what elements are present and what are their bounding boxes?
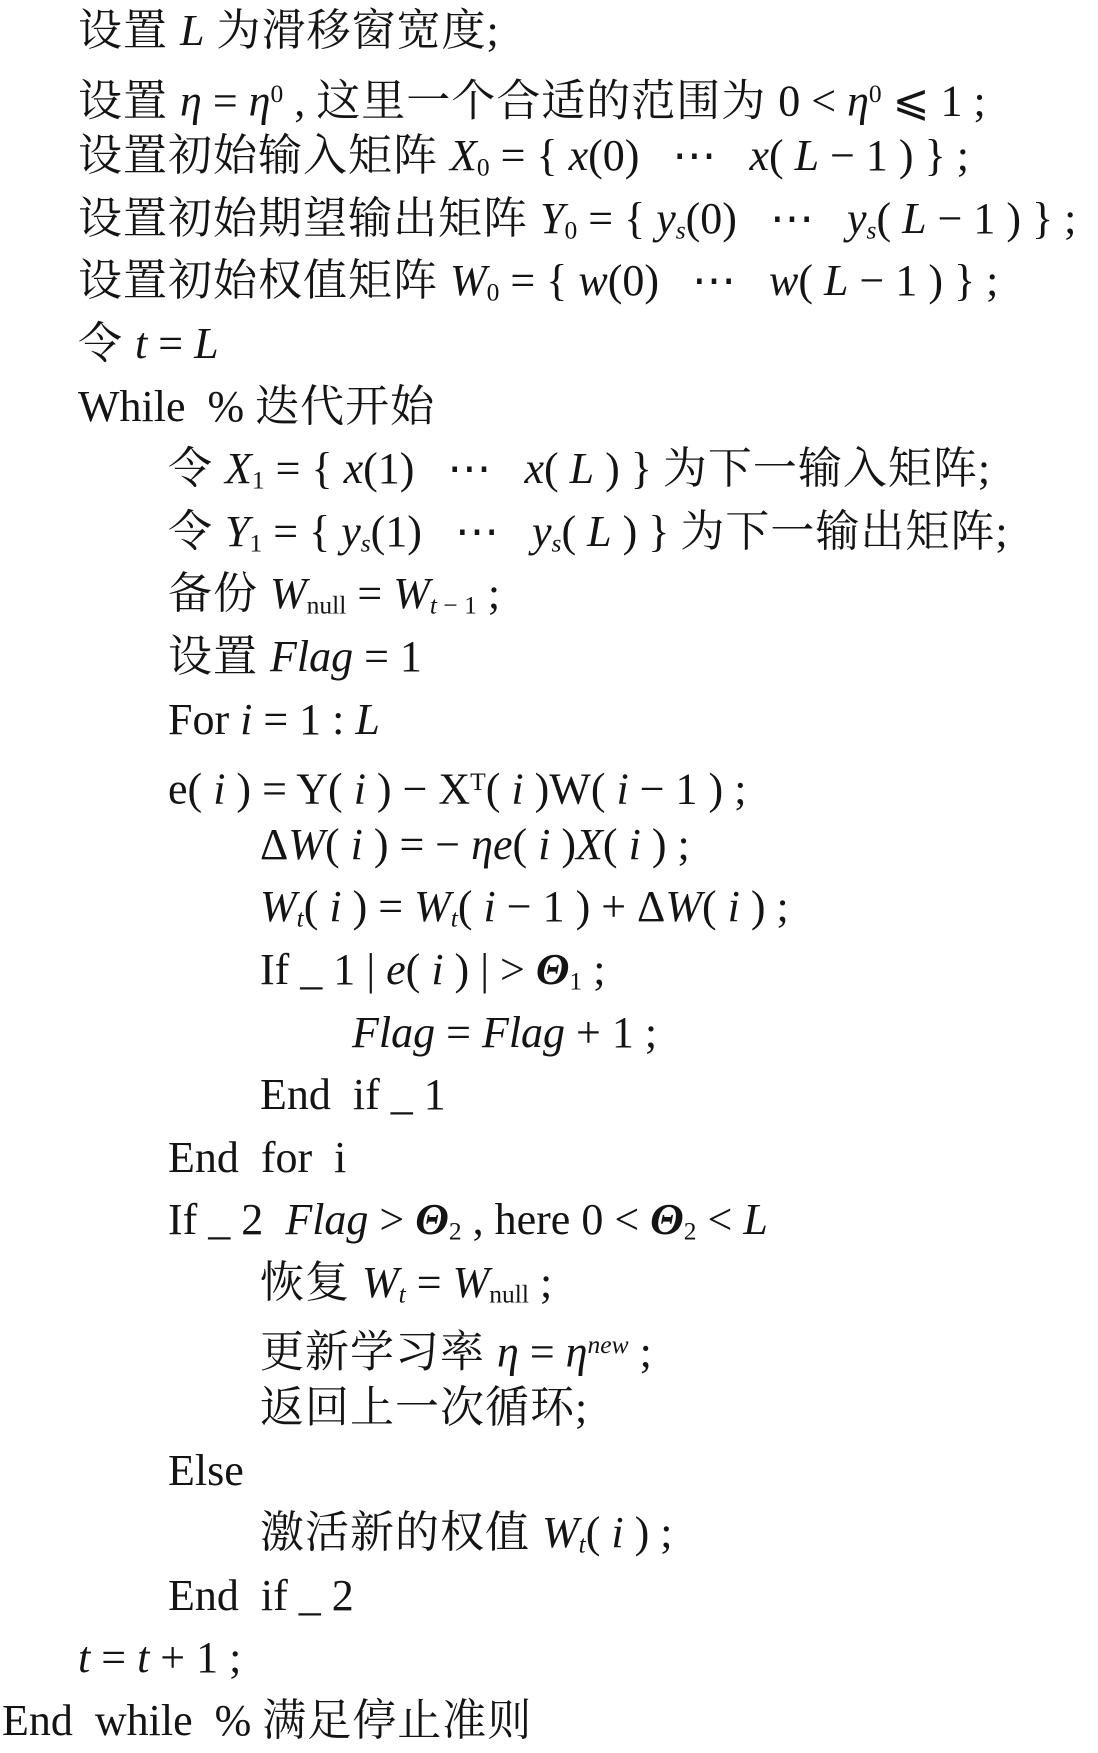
math-text: , [283, 76, 316, 125]
code-line-4: 设置初始期望输出矩阵 Y0 = { ys(0) ⋯ ys( L − 1 ) } … [0, 188, 1098, 251]
math-text: Θ [650, 1195, 684, 1244]
math-text: W [288, 820, 325, 869]
math-text: End if _ 2 [168, 1571, 354, 1620]
math-text: ( [406, 945, 432, 994]
code-line-12: For i = 1 : L [0, 689, 1098, 752]
math-text: t [579, 1530, 586, 1559]
math-text: ; [978, 444, 990, 493]
cjk-text: 迭代开始 [255, 382, 435, 431]
cjk-text: 令 [168, 444, 225, 493]
math-text: Y [225, 507, 249, 556]
math-text: + 1 ; [565, 1008, 657, 1057]
math-text: L [824, 256, 848, 305]
math-text: If _ 2 [168, 1195, 285, 1244]
math-text: t [297, 904, 304, 933]
math-text: W [270, 569, 307, 618]
math-text: (1) ⋯ [363, 444, 524, 493]
math-text: = { [577, 194, 656, 243]
math-text: y [656, 194, 676, 243]
math-text: − 1 ) } ; [927, 194, 1077, 243]
cjk-text: 设置 [78, 6, 180, 55]
math-text: End if _ 1 [260, 1070, 446, 1119]
math-text: Flag [270, 632, 353, 681]
math-text: t [135, 319, 147, 368]
cjk-text: 令 [168, 507, 225, 556]
cjk-text: 更新学习率 [260, 1328, 497, 1377]
math-text: L [194, 319, 218, 368]
math-text: x [344, 444, 364, 493]
math-text: End while % [2, 1696, 262, 1745]
math-text: (0) ⋯ [608, 256, 769, 305]
math-text: t [451, 904, 458, 933]
math-text: ; [575, 1383, 587, 1432]
math-text: ; [477, 569, 500, 618]
code-line-9: 令 Y1 = { ys(1) ⋯ ys( L ) } 为下一输出矩阵; [0, 501, 1098, 564]
math-text: s [361, 528, 371, 557]
math-text: w [769, 256, 798, 305]
cjk-text: 备份 [168, 569, 270, 618]
math-text: x [749, 131, 769, 180]
code-line-10: 备份 Wnull = Wt − 1 ; [0, 563, 1098, 626]
math-text: ) ; [740, 882, 789, 931]
math-text: (0) ⋯ [588, 131, 749, 180]
math-text: 0 [869, 79, 882, 108]
math-text: ( [769, 131, 795, 180]
math-text: ; [529, 1258, 552, 1307]
math-text: W [393, 569, 430, 618]
code-line-25: 激活新的权值 Wt( i ) ; [0, 1502, 1098, 1565]
math-text: ( [304, 882, 330, 931]
code-line-18: End if _ 1 [0, 1064, 1098, 1127]
cjk-text: 设置初始期望输出矩阵 [78, 194, 540, 243]
code-line-5: 设置初始权值矩阵 W0 = { w(0) ⋯ w( L − 1 ) } ; [0, 250, 1098, 313]
code-line-19: End for i [0, 1127, 1098, 1190]
code-line-28: End while % 满足停止准则 [0, 1690, 1098, 1753]
cjk-text: 设置初始权值矩阵 [78, 256, 450, 305]
math-text: 2 [684, 1217, 697, 1246]
math-text: i [431, 945, 443, 994]
math-text: x [524, 444, 544, 493]
cjk-text: 这里一个合适的范围为 [316, 76, 778, 125]
math-text: X [450, 131, 477, 180]
code-line-27: t = t + 1 ; [0, 1627, 1098, 1690]
code-line-17: Flag = Flag + 1 ; [0, 1002, 1098, 1065]
code-line-2: 设置 η = η0 , 这里一个合适的范围为 0 < η0 ⩽ 1 ; [0, 63, 1098, 126]
math-text: = 1 [353, 632, 422, 681]
math-text: ) ; [624, 1508, 673, 1557]
math-text: Else [168, 1446, 244, 1495]
algorithm-pseudocode-block: 设置 L 为滑移窗宽度;设置 η = η0 , 这里一个合适的范围为 0 < η… [0, 0, 1098, 1753]
math-text: ; [629, 1328, 652, 1377]
math-text: ( [544, 444, 570, 493]
math-text: ⩽ 1 ; [882, 76, 986, 125]
math-text: s [552, 528, 562, 557]
math-text: W [453, 1258, 490, 1307]
cjk-text: 为下一输出矩阵 [680, 507, 995, 556]
math-text: i [617, 764, 629, 813]
math-text: ) ; [641, 820, 690, 869]
math-text: W [414, 882, 451, 931]
math-text: )W( [524, 764, 617, 813]
math-text: 0 [477, 153, 490, 182]
math-text: t [430, 591, 437, 620]
math-text: w [578, 256, 607, 305]
math-text: ) [550, 820, 576, 869]
math-text: − 1 ) } ; [849, 256, 999, 305]
math-text: + 1 ; [149, 1633, 241, 1682]
math-text: y [341, 507, 361, 556]
math-text: ) = Y( [225, 764, 353, 813]
math-text: = 1 : [252, 695, 355, 744]
math-text: = { [262, 507, 341, 556]
math-text: , here 0 < [462, 1195, 651, 1244]
math-text: x [569, 131, 589, 180]
math-text: η [249, 76, 271, 125]
code-line-24: Else [0, 1440, 1098, 1503]
math-text: L [743, 1195, 767, 1244]
math-text: > [368, 1195, 415, 1244]
math-text: ; [995, 507, 1007, 556]
math-text: | [366, 945, 386, 994]
math-text: = { [490, 131, 569, 180]
cjk-text: 返回上一次循环 [260, 1383, 575, 1432]
code-line-13: e( i ) = Y( i ) − XT( i )W( i − 1 ) ; [0, 751, 1098, 814]
math-text: − 1 ) ; [629, 764, 747, 813]
math-text: − 1 ) + Δ [496, 882, 666, 931]
math-text: i [213, 764, 225, 813]
cjk-text: 设置 [78, 76, 180, 125]
code-line-3: 设置初始输入矩阵 X0 = { x(0) ⋯ x( L − 1 ) } ; [0, 125, 1098, 188]
math-text: ; [582, 945, 605, 994]
math-text: (0) ⋯ [686, 194, 847, 243]
math-text: e [386, 945, 406, 994]
math-text: = [406, 1258, 453, 1307]
code-line-15: Wt( i ) = Wt( i − 1 ) + ΔW( i ) ; [0, 876, 1098, 939]
math-text: If _ 1 [260, 945, 366, 994]
math-text: L [180, 6, 204, 55]
math-text: 1 [249, 528, 262, 557]
math-text: L [587, 507, 611, 556]
math-text: new [587, 1330, 628, 1359]
math-text: i [329, 882, 341, 931]
math-text: W [542, 1508, 579, 1557]
math-text: = [346, 569, 393, 618]
math-text: s [867, 215, 877, 244]
math-text: t [399, 1279, 406, 1308]
math-text: ) | > [444, 945, 536, 994]
math-text: = [435, 1008, 482, 1057]
math-text: ( [702, 882, 728, 931]
math-text: L [355, 695, 379, 744]
math-text: null [489, 1279, 529, 1308]
cjk-text: 激活新的权值 [260, 1508, 542, 1557]
math-text: i [728, 882, 740, 931]
math-text: Flag [285, 1195, 368, 1244]
code-line-22: 更新学习率 η = ηnew ; [0, 1314, 1098, 1377]
math-text: i [351, 820, 363, 869]
code-line-7: While % 迭代开始 [0, 376, 1098, 439]
math-text: X [225, 444, 252, 493]
math-text: t [137, 1633, 149, 1682]
math-text: W [260, 882, 297, 931]
math-text: i [629, 820, 641, 869]
document-page: 设置 L 为滑移窗宽度;设置 η = η0 , 这里一个合适的范围为 0 < η… [0, 0, 1098, 1753]
math-text: = { [499, 256, 578, 305]
code-line-8: 令 X1 = { x(1) ⋯ x( L ) } 为下一输入矩阵; [0, 438, 1098, 501]
math-text: L [795, 131, 819, 180]
math-text: ) = − [363, 820, 471, 869]
math-text: For [168, 695, 240, 744]
cjk-text: 为滑移窗宽度 [204, 6, 486, 55]
math-text: While % [78, 382, 255, 431]
math-text: ( [798, 256, 824, 305]
math-text: Y [540, 194, 564, 243]
math-text: η [497, 1328, 519, 1377]
code-line-21: 恢复 Wt = Wnull ; [0, 1252, 1098, 1315]
math-text: − 1 [437, 591, 477, 620]
code-line-6: 令 t = L [0, 313, 1098, 376]
math-text: W [665, 882, 702, 931]
math-text: ( [586, 1508, 612, 1557]
math-text: 0 [487, 278, 500, 307]
math-text: ( [458, 882, 484, 931]
math-text: e( [168, 764, 213, 813]
math-text: i [240, 695, 252, 744]
math-text: 0 < [778, 76, 847, 125]
math-text: End for i [168, 1133, 346, 1182]
math-text: Θ [536, 945, 570, 994]
math-text: t [78, 1633, 90, 1682]
math-text: 1 [569, 967, 582, 996]
math-text: ( [876, 194, 902, 243]
math-text: ηe [471, 820, 512, 869]
math-text: η [566, 1328, 588, 1377]
math-text: L [902, 194, 926, 243]
math-text: i [484, 882, 496, 931]
code-line-26: End if _ 2 [0, 1565, 1098, 1628]
math-text: L [570, 444, 594, 493]
math-text: = { [265, 444, 344, 493]
math-text: Δ [260, 820, 288, 869]
math-text: ) = [342, 882, 414, 931]
math-text: y [847, 194, 867, 243]
math-text: Θ [415, 1195, 449, 1244]
cjk-text: 满足停止准则 [262, 1696, 532, 1745]
math-text: null [307, 591, 347, 620]
cjk-text: 设置 [168, 632, 270, 681]
code-line-20: If _ 2 Flag > Θ2 , here 0 < Θ2 < L [0, 1189, 1098, 1252]
math-text: = [147, 319, 194, 368]
math-text: s [676, 215, 686, 244]
cjk-text: 恢复 [260, 1258, 362, 1307]
math-text: Flag [352, 1008, 435, 1057]
math-text: ( [603, 820, 629, 869]
code-line-14: ΔW( i ) = − ηe( i )X( i ) ; [0, 814, 1098, 877]
code-line-11: 设置 Flag = 1 [0, 626, 1098, 689]
math-text: y [532, 507, 552, 556]
code-line-1: 设置 L 为滑移窗宽度; [0, 0, 1098, 63]
math-text: ) } [594, 444, 663, 493]
math-text: − 1 ) } ; [819, 131, 969, 180]
math-text: i [538, 820, 550, 869]
cjk-text: 设置初始输入矩阵 [78, 131, 450, 180]
math-text: ; [486, 6, 498, 55]
math-text: i [354, 764, 366, 813]
math-text: (1) ⋯ [371, 507, 532, 556]
math-text: T [470, 767, 486, 796]
math-text: X [576, 820, 603, 869]
math-text: ( [486, 764, 512, 813]
math-text: W [362, 1258, 399, 1307]
cjk-text: 为下一输入矩阵 [663, 444, 978, 493]
math-text: = [519, 1328, 566, 1377]
math-text: = [90, 1633, 137, 1682]
math-text: ( [561, 507, 587, 556]
math-text: < [697, 1195, 744, 1244]
code-line-16: If _ 1 | e( i ) | > Θ1 ; [0, 939, 1098, 1002]
math-text: η [847, 76, 869, 125]
math-text: i [611, 1508, 623, 1557]
math-text: = [202, 76, 249, 125]
math-text: W [450, 256, 487, 305]
math-text: Flag [482, 1008, 565, 1057]
code-line-23: 返回上一次循环; [0, 1377, 1098, 1440]
math-text: ( [512, 820, 538, 869]
math-text: 1 [252, 466, 265, 495]
math-text: 0 [564, 215, 577, 244]
math-text: 0 [270, 79, 283, 108]
cjk-text: 令 [78, 319, 135, 368]
math-text: ) − X [366, 764, 470, 813]
math-text: η [180, 76, 202, 125]
math-text: i [511, 764, 523, 813]
math-text: 2 [449, 1217, 462, 1246]
math-text: ( [325, 820, 351, 869]
math-text: ) } [612, 507, 681, 556]
